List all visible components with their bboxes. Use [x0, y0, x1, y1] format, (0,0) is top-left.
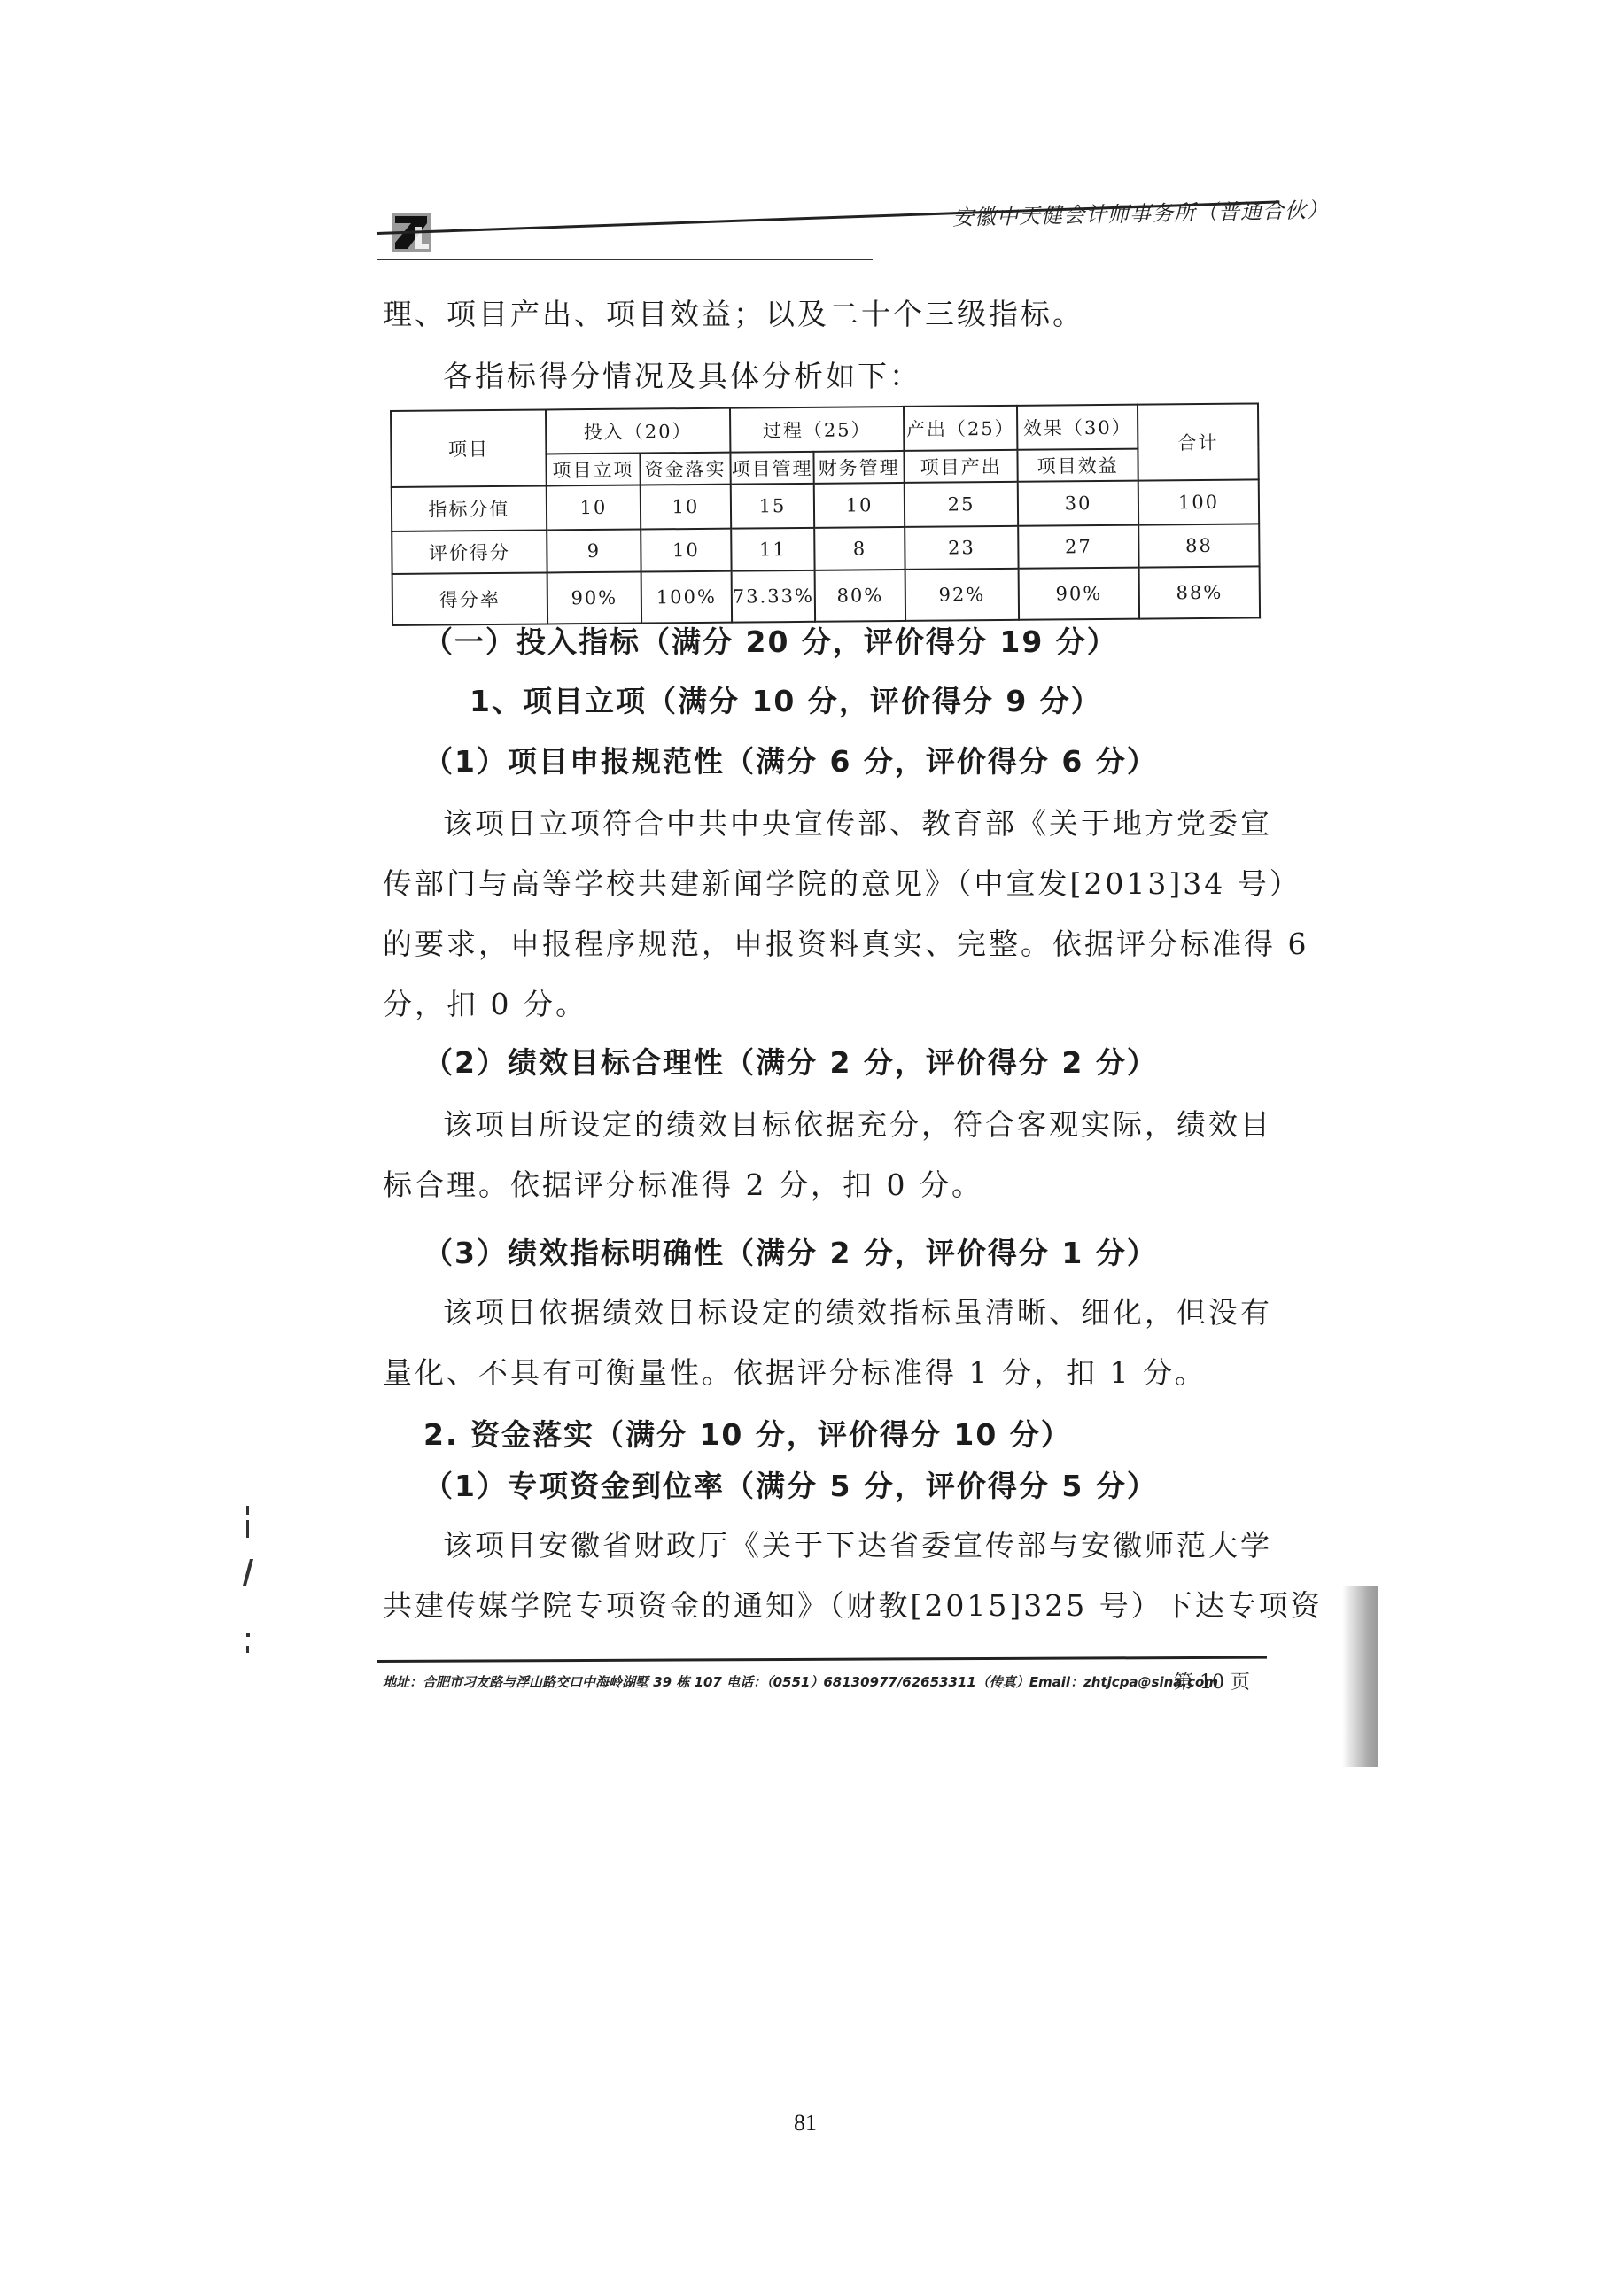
sub-header: 项目效益 [1017, 449, 1138, 482]
cell: 10 [814, 483, 905, 528]
cell: 90% [1019, 568, 1140, 620]
group-header-output: 产出（25） [904, 406, 1017, 451]
cell: 92% [905, 569, 1020, 621]
section-heading: （3）绩效指标明确性（满分 2 分，评价得分 1 分） [423, 1236, 1158, 1271]
sub-header: 项目管理 [730, 452, 813, 485]
table-row: 指标分值 10 10 15 10 25 30 100 [392, 479, 1259, 531]
paragraph-line: 该项目安徽省财政厅《关于下达省委宣传部与安徽师范大学 [443, 1528, 1272, 1563]
paragraph-line: 分，扣 0 分。 [383, 987, 587, 1022]
cell: 15 [731, 484, 815, 529]
row-label: 评价得分 [392, 530, 547, 574]
section-heading: 2. 资金落实（满分 10 分，评价得分 10 分） [423, 1417, 1072, 1453]
paragraph-line: 共建传媒学院专项资金的通知》（财教[2015]325 号）下达专项资 [383, 1588, 1323, 1624]
scan-edge-shadow [1342, 1586, 1378, 1767]
scan-speck [246, 1633, 250, 1637]
group-header-effect: 效果（30） [1017, 405, 1138, 450]
paragraph-line: 该项目立项符合中共中央宣传部、教育部《关于地方党委宣 [443, 806, 1272, 842]
page-number: 81 [794, 2110, 817, 2137]
section-heading: （2）绩效目标合理性（满分 2 分，评价得分 2 分） [423, 1045, 1158, 1081]
cell: 10 [547, 485, 641, 531]
section-heading: （一）投入指标（满分 20 分，评价得分 19 分） [423, 624, 1118, 660]
table-row: 评价得分 9 10 11 8 23 27 88 [392, 524, 1259, 574]
table-row: 得分率 90% 100% 73.33% 80% 92% 90% 88% [392, 566, 1261, 625]
section-heading: （1）项目申报规范性（满分 6 分，评价得分 6 分） [423, 744, 1158, 780]
group-header-process: 过程（25） [730, 407, 905, 453]
table-corner-header: 项目 [391, 409, 547, 487]
paragraph-line: 的要求，申报程序规范，申报资料真实、完整。依据评分标准得 6 [383, 927, 1309, 962]
cell: 8 [814, 527, 905, 570]
cell: 10 [641, 485, 731, 530]
paragraph-line: 量化、不具有可衡量性。依据评分标准得 1 分，扣 1 分。 [383, 1355, 1207, 1391]
cell: 9 [547, 530, 641, 573]
cell: 100% [641, 571, 733, 624]
paragraph-line: 该项目依据绩效目标设定的绩效指标虽清晰、细化，但没有 [443, 1295, 1272, 1330]
scan-speck [246, 1646, 249, 1653]
row-label: 得分率 [392, 572, 547, 625]
cell: 73.33% [732, 570, 816, 623]
total-header: 合计 [1138, 403, 1259, 480]
scan-speck [246, 1506, 249, 1515]
table-intro: 各指标得分情况及具体分析如下： [443, 359, 921, 394]
group-header-input: 投入（20） [546, 408, 730, 454]
sub-header: 资金落实 [640, 453, 730, 485]
paragraph-line: 传部门与高等学校共建新闻学院的意见》（中宣发[2013]34 号） [383, 866, 1301, 902]
intro-line: 理、项目产出、项目效益；以及二十个三级指标。 [383, 297, 1084, 332]
section-heading: （1）专项资金到位率（满分 5 分，评价得分 5 分） [423, 1469, 1158, 1504]
cell: 88 [1138, 524, 1259, 567]
paragraph-line: 标合理。依据评分标准得 2 分，扣 0 分。 [383, 1167, 983, 1203]
cell: 88% [1139, 566, 1261, 618]
sub-header: 财务管理 [814, 451, 905, 484]
cell: 30 [1018, 481, 1138, 526]
cell: 11 [731, 528, 814, 571]
footer-contact: 地址：合肥市习友路与浮山路交口中海岭湖墅 39 栋 107 电话：（0551）6… [383, 1672, 1218, 1691]
row-label: 指标分值 [392, 485, 547, 531]
cell: 80% [815, 570, 906, 622]
sub-header: 项目立项 [546, 454, 640, 486]
paragraph-line: 该项目所设定的绩效目标依据充分，符合客观实际，绩效目 [443, 1107, 1272, 1143]
footer-page-label: 第 10 页 [1174, 1667, 1250, 1695]
cell: 90% [547, 572, 642, 624]
header-rule-lower [377, 259, 873, 260]
cell: 27 [1018, 525, 1138, 569]
cell: 10 [641, 529, 731, 572]
cell: 25 [905, 482, 1018, 527]
cell: 23 [905, 526, 1018, 570]
sub-header: 项目产出 [905, 450, 1018, 483]
scan-speck [246, 1520, 249, 1538]
section-heading: 1、项目立项（满分 10 分，评价得分 9 分） [470, 684, 1102, 719]
cell: 100 [1138, 479, 1259, 524]
score-table: 项目 投入（20） 过程（25） 产出（25） 效果（30） 合计 项目立项 资… [390, 402, 1261, 626]
